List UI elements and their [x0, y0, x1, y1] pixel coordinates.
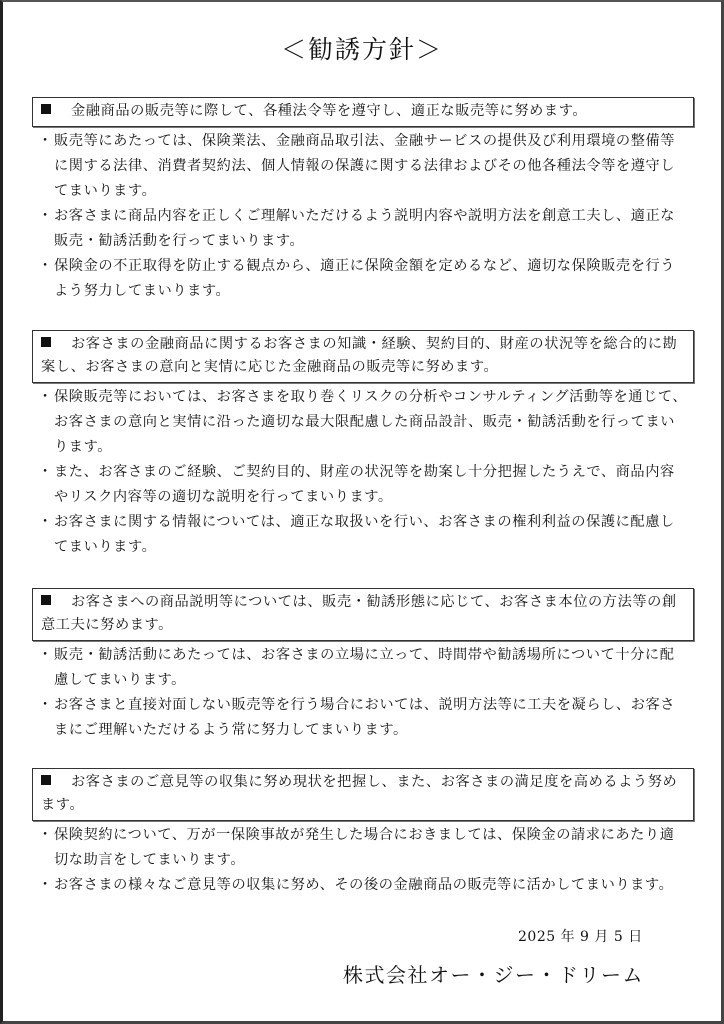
policy-section-1: 金融商品の販売等に際して、各種法令等を遵守し、適正な販売等に努めます。 ・販売等… [32, 97, 694, 304]
list-item: ・販売等にあたっては、保険業法、金融商品取引法、金融サービスの提供及び利用環境の… [32, 129, 694, 204]
bullet-dot-icon: ・ [38, 873, 53, 898]
policy-page: ＜勧誘方針＞ 金融商品の販売等に際して、各種法令等を遵守し、適正な販売等に努めま… [0, 0, 724, 1024]
policy-section-2: お客さまの金融商品に関するお客さまの知識・経験、契約目的、財産の状況等を総合的に… [32, 330, 694, 560]
bullet-dot-icon: ・ [38, 129, 53, 154]
bullet-dot-icon: ・ [38, 385, 53, 410]
section-items: ・販売・勧誘活動にあたっては、お客さまの立場に立って、時間帯や勧誘場所について十… [32, 643, 694, 743]
policy-section-4: お客さまのご意見等の収集に努め現状を把握し、また、お客さまの満足度を高めるよう努… [32, 768, 694, 898]
section-heading-box: お客さまのご意見等の収集に努め現状を把握し、また、お客さまの満足度を高めるよう努… [32, 768, 694, 821]
bullet-dot-icon: ・ [38, 643, 53, 668]
bullet-dot-icon: ・ [38, 693, 53, 718]
bullet-dot-icon: ・ [38, 460, 53, 485]
list-item: ・保険金の不正取得を防止する観点から、適正に保険金額を定めるなど、適切な保険販売… [32, 254, 694, 304]
section-heading: お客さまのご意見等の収集に努め現状を把握し、また、お客さまの満足度を高めるよう努… [41, 774, 677, 813]
policy-section-3: お客さまへの商品説明等については、販売・勧誘形態に応じて、お客さま本位の方法等の… [32, 588, 694, 743]
section-heading-box: お客さまの金融商品に関するお客さまの知識・経験、契約目的、財産の状況等を総合的に… [32, 330, 694, 383]
bullet-dot-icon: ・ [38, 254, 53, 279]
list-item: ・保険販売等においては、お客さまを取り巻くリスクの分析やコンサルティング活動等を… [32, 385, 694, 460]
square-bullet-icon [41, 104, 51, 114]
company-name: 株式会社オー・ジー・ドリーム [343, 959, 644, 988]
list-item: ・お客さまに関する情報については、適正な取扱いを行い、お客さまの権利利益の保護に… [32, 510, 694, 560]
square-bullet-icon [41, 595, 51, 605]
section-heading: 金融商品の販売等に際して、各種法令等を遵守し、適正な販売等に努めます。 [71, 103, 587, 119]
bullet-dot-icon: ・ [38, 823, 53, 848]
section-items: ・保険契約について、万が一保険事故が発生した場合におきましては、保険金の請求にあ… [32, 823, 694, 898]
bullet-dot-icon: ・ [38, 204, 53, 229]
section-items: ・保険販売等においては、お客さまを取り巻くリスクの分析やコンサルティング活動等を… [32, 385, 694, 560]
bullet-dot-icon: ・ [38, 510, 53, 535]
section-heading: お客さまの金融商品に関するお客さまの知識・経験、契約目的、財産の状況等を総合的に… [41, 336, 677, 375]
square-bullet-icon [41, 337, 51, 347]
list-item: ・また、お客さまのご経験、ご契約目的、財産の状況等を勘案し十分把握したうえで、商… [32, 460, 694, 510]
page-title: ＜勧誘方針＞ [3, 30, 721, 66]
list-item: ・お客さまに商品内容を正しくご理解いただけるよう説明内容や説明方法を創意工夫し、… [32, 204, 694, 254]
list-item: ・保険契約について、万が一保険事故が発生した場合におきましては、保険金の請求にあ… [32, 823, 694, 873]
issue-date: 2025 年 9 月 5 日 [518, 926, 643, 946]
list-item: ・お客さまの様々なご意見等の収集に努め、その後の金融商品の販売等に活かしてまいり… [32, 873, 694, 898]
section-items: ・販売等にあたっては、保険業法、金融商品取引法、金融サービスの提供及び利用環境の… [32, 129, 694, 304]
list-item: ・販売・勧誘活動にあたっては、お客さまの立場に立って、時間帯や勧誘場所について十… [32, 643, 694, 693]
list-item: ・お客さまと直接対面しない販売等を行う場合においては、説明方法等に工夫を凝らし、… [32, 693, 694, 743]
section-heading-box: お客さまへの商品説明等については、販売・勧誘形態に応じて、お客さま本位の方法等の… [32, 588, 694, 641]
section-heading: お客さまへの商品説明等については、販売・勧誘形態に応じて、お客さま本位の方法等の… [41, 594, 677, 633]
square-bullet-icon [41, 775, 51, 785]
section-heading-box: 金融商品の販売等に際して、各種法令等を遵守し、適正な販売等に努めます。 [32, 97, 694, 127]
